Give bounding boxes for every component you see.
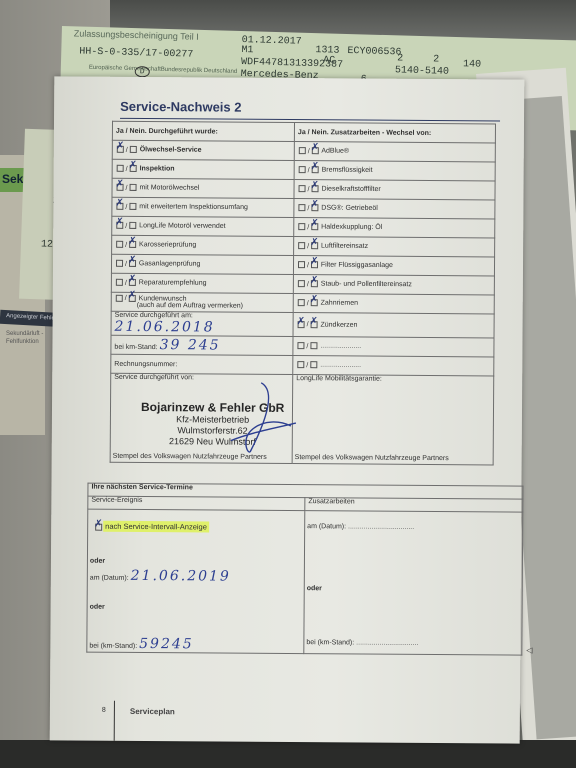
right-item-label: Zündkerzen bbox=[320, 321, 357, 328]
right-item-label: DSG®: Getriebeöl bbox=[321, 205, 378, 212]
left-item-note: (auch auf dem Auftrag vermerken) bbox=[137, 302, 243, 310]
right-item[interactable]: / Haldexkupplung: Öl bbox=[294, 218, 495, 238]
left-item-label: Ölwechsel-Service bbox=[140, 147, 202, 154]
left-item-4-nein-checkbox[interactable] bbox=[129, 222, 136, 229]
footer-section: Serviceplan bbox=[130, 707, 175, 716]
reg-num3: 2 bbox=[433, 54, 439, 65]
right-item-blank[interactable]: / ..................... bbox=[293, 337, 494, 357]
arrow-marker-icon: ◁ bbox=[526, 646, 532, 655]
left-item-3-nein-checkbox[interactable] bbox=[129, 203, 136, 210]
left-item-0-nein-checkbox[interactable] bbox=[130, 146, 137, 153]
left-item-4-ja-checkbox[interactable] bbox=[116, 222, 123, 229]
additional-work-cell: am (Datum): ............................… bbox=[304, 511, 523, 656]
left-item[interactable]: / Reparaturempfehlung bbox=[111, 273, 293, 293]
country-badge: D bbox=[135, 66, 150, 77]
right-item-3-ja-checkbox[interactable] bbox=[298, 204, 305, 211]
longlife-cell: LongLife Mobilitätsgarantie: Stempel des… bbox=[292, 375, 494, 465]
error-description: Sekundärluft - Fehlfunktion bbox=[6, 330, 43, 346]
km-label: bei km-Stand: bbox=[114, 344, 157, 351]
left-item-label: Reparaturempfehlung bbox=[139, 280, 207, 287]
blank2-nein-checkbox[interactable] bbox=[310, 361, 317, 368]
left-item[interactable]: / Inspektion bbox=[112, 159, 294, 179]
right-item-label: AdBlue® bbox=[321, 148, 349, 155]
vehicle-class: M1 bbox=[241, 45, 253, 56]
right-item[interactable]: / Dieselkraftstofffilter bbox=[294, 180, 495, 200]
right-km-field[interactable]: bei (km-Stand): ........................… bbox=[306, 639, 418, 647]
right-item-label: Filter Flüssiggasanlage bbox=[321, 262, 393, 270]
left-item[interactable]: / Gasanlagenprüfung bbox=[111, 254, 293, 274]
next-date-label: am (Datum): bbox=[90, 575, 129, 582]
reg-range: 5140-5140 bbox=[395, 65, 449, 78]
service-event-cell: nach Service-Intervall-Anzeige oder am (… bbox=[87, 509, 305, 654]
invoice-field[interactable]: Rechnungsnummer: bbox=[111, 354, 293, 374]
right-km-label: bei (km-Stand): bbox=[306, 639, 354, 646]
right-item[interactable]: / Filter Flüssiggasanlage bbox=[293, 256, 494, 276]
right-item[interactable]: / DSG®: Getriebeöl bbox=[294, 199, 495, 219]
right-item-4-nein-checkbox[interactable] bbox=[311, 223, 318, 230]
registration-number: HH-S-0-335/17-00277 bbox=[79, 46, 193, 60]
right-item-label: Luftfiltereinsatz bbox=[321, 243, 368, 250]
right-item-7-nein-checkbox[interactable] bbox=[311, 280, 318, 287]
km-value: 39 245 bbox=[160, 337, 221, 353]
left-item-3-ja-checkbox[interactable] bbox=[116, 203, 123, 210]
right-item-2-ja-checkbox[interactable] bbox=[299, 185, 306, 192]
left-item-label: mit erweitertem Inspektionsumfang bbox=[139, 204, 248, 212]
right-item-label: Haldexkupplung: Öl bbox=[321, 224, 382, 231]
performed-by-cell: Service durchgeführt von: Bojarinzew & F… bbox=[110, 373, 293, 463]
reg-num4: 140 bbox=[463, 59, 481, 70]
stamp-caption-right: Stempel des Volkswagen Nutzfahrzeuge Par… bbox=[295, 454, 449, 462]
interval-label: nach Service-Intervall-Anzeige bbox=[103, 521, 209, 533]
left-item-8-ja-checkbox[interactable] bbox=[116, 295, 123, 302]
blank2-ja-checkbox[interactable] bbox=[297, 361, 304, 368]
left-item[interactable]: / Kundenwunsch(auch auf dem Auftrag verm… bbox=[111, 292, 293, 312]
right-item[interactable]: / Staub- und Pollenfiltereinsatz bbox=[293, 275, 494, 295]
right-item-blank-2[interactable]: / ..................... bbox=[293, 356, 494, 376]
right-item-label: Zahnriemen bbox=[321, 300, 358, 307]
right-item-0-ja-checkbox[interactable] bbox=[299, 147, 306, 154]
interval-checkbox[interactable] bbox=[95, 523, 102, 530]
eu-label: Europäische Gemeinschaft bbox=[89, 65, 161, 73]
right-item[interactable]: / Luftfiltereinsatz bbox=[294, 237, 495, 257]
blank-nein-checkbox[interactable] bbox=[310, 342, 317, 349]
page-number: 8 bbox=[102, 707, 106, 714]
left-item[interactable]: / mit erweitertem Inspektionsumfang bbox=[112, 197, 294, 217]
left-item-label: Inspektion bbox=[140, 166, 175, 173]
invoice-label: Rechnungsnummer: bbox=[114, 360, 177, 367]
left-item-6-nein-checkbox[interactable] bbox=[129, 260, 136, 267]
left-item-label: Gasanlagenprüfung bbox=[139, 261, 201, 268]
right-item-9-ja-checkbox[interactable] bbox=[298, 321, 305, 328]
service-table: Ja / Nein. Durchgeführt wurde: Ja / Nein… bbox=[110, 121, 496, 466]
page-title: Service-Nachweis 2 bbox=[120, 99, 242, 115]
left-item-8-nein-checkbox[interactable] bbox=[129, 295, 136, 302]
left-item-0-ja-checkbox[interactable] bbox=[117, 146, 124, 153]
right-item-6-nein-checkbox[interactable] bbox=[311, 261, 318, 268]
right-item-5-ja-checkbox[interactable] bbox=[298, 242, 305, 249]
right-item-8-nein-checkbox[interactable] bbox=[311, 299, 318, 306]
next-km-label: bei (km-Stand): bbox=[89, 643, 137, 650]
left-item-5-nein-checkbox[interactable] bbox=[129, 241, 136, 248]
service-record-page: Service-Nachweis 2 Ja / Nein. Durchgefüh… bbox=[50, 76, 525, 743]
error-line2: Fehlfunktion bbox=[6, 338, 43, 346]
left-item-label: Karosserieprüfung bbox=[139, 242, 196, 249]
or-label-2: oder bbox=[90, 604, 105, 611]
right-item-3-nein-checkbox[interactable] bbox=[311, 204, 318, 211]
left-item-7-ja-checkbox[interactable] bbox=[116, 279, 123, 286]
right-date-field[interactable]: am (Datum): ............................… bbox=[307, 523, 414, 531]
interval-option[interactable]: nach Service-Intervall-Anzeige bbox=[94, 522, 209, 532]
left-item-2-ja-checkbox[interactable] bbox=[117, 184, 124, 191]
right-item-9-nein-checkbox[interactable] bbox=[311, 321, 318, 328]
left-item-5-ja-checkbox[interactable] bbox=[116, 241, 123, 248]
right-item-8-ja-checkbox[interactable] bbox=[298, 299, 305, 306]
left-item-2-nein-checkbox[interactable] bbox=[129, 184, 136, 191]
right-item[interactable]: / AdBlue® bbox=[294, 142, 495, 162]
right-item-2-nein-checkbox[interactable] bbox=[311, 185, 318, 192]
blank-ja-checkbox[interactable] bbox=[297, 342, 304, 349]
next-km-value: 59245 bbox=[139, 636, 194, 652]
country-label: Bundesrepublik Deutschland bbox=[161, 67, 238, 75]
error-line1: Sekundärluft - bbox=[6, 330, 43, 338]
longlife-label: LongLife Mobilitätsgarantie: bbox=[296, 375, 490, 383]
service-date-field[interactable]: Service durchgeführt am: 21.06.2018 bbox=[111, 311, 293, 336]
left-item-label: mit Motorölwechsel bbox=[139, 185, 199, 192]
right-item-4-ja-checkbox[interactable] bbox=[298, 223, 305, 230]
left-item-1-ja-checkbox[interactable] bbox=[117, 165, 124, 172]
reg-code2: ECY006536 bbox=[347, 46, 401, 59]
left-item-6-ja-checkbox[interactable] bbox=[116, 260, 123, 267]
next-date-field[interactable]: am (Datum): 21.06.2019 bbox=[90, 568, 231, 585]
stamp-caption-left: Stempel des Volkswagen Nutzfahrzeuge Par… bbox=[113, 453, 267, 461]
right-or-label: oder bbox=[307, 585, 322, 592]
left-item-1-nein-checkbox[interactable] bbox=[130, 165, 137, 172]
right-item[interactable]: / Zahnriemen bbox=[293, 294, 494, 314]
or-label-1: oder bbox=[90, 558, 105, 565]
registration-title: Zulassungsbescheinigung Teil I bbox=[74, 28, 199, 41]
left-item-7-nein-checkbox[interactable] bbox=[129, 279, 136, 286]
next-km-field[interactable]: bei (km-Stand): 59245 bbox=[89, 636, 193, 653]
footer-divider bbox=[114, 701, 115, 741]
next-service-table: Ihre nächsten Service-Termine Service-Er… bbox=[86, 483, 523, 656]
signature-icon bbox=[221, 381, 302, 462]
right-item-label: Dieselkraftstofffilter bbox=[321, 186, 380, 193]
right-item-7-ja-checkbox[interactable] bbox=[298, 280, 305, 287]
service-date-value: 21.06.2018 bbox=[115, 319, 215, 336]
right-header: Ja / Nein. Zusatzarbeiten - Wechsel von: bbox=[294, 123, 495, 143]
left-item-label: LongLife Motoröl verwendet bbox=[139, 223, 225, 231]
km-field[interactable]: bei km-Stand: 39 245 bbox=[111, 335, 293, 355]
right-item-1-ja-checkbox[interactable] bbox=[299, 166, 306, 173]
right-item-1-nein-checkbox[interactable] bbox=[312, 166, 319, 173]
left-item[interactable]: / Karosserieprüfung bbox=[112, 235, 294, 255]
right-item-6-ja-checkbox[interactable] bbox=[298, 261, 305, 268]
reg-num2: 2 bbox=[397, 53, 403, 64]
right-item-label: Bremsflüssigkeit bbox=[322, 167, 373, 174]
left-item[interactable]: / mit Motorölwechsel bbox=[112, 178, 294, 198]
right-item[interactable]: / Zündkerzen bbox=[293, 313, 494, 338]
right-item-label: Staub- und Pollenfiltereinsatz bbox=[321, 281, 412, 289]
left-item[interactable]: / Ölwechsel-Service bbox=[112, 140, 294, 160]
next-date-value: 21.06.2019 bbox=[131, 568, 231, 585]
desk-bottom bbox=[0, 740, 576, 768]
right-item-0-nein-checkbox[interactable] bbox=[312, 147, 319, 154]
left-item[interactable]: / LongLife Motoröl verwendet bbox=[112, 216, 294, 236]
left-header: Ja / Nein. Durchgeführt wurde: bbox=[112, 121, 294, 141]
right-date-label: am (Datum): bbox=[307, 523, 346, 530]
right-item-5-nein-checkbox[interactable] bbox=[311, 242, 318, 249]
right-item[interactable]: / Bremsflüssigkeit bbox=[294, 161, 495, 181]
